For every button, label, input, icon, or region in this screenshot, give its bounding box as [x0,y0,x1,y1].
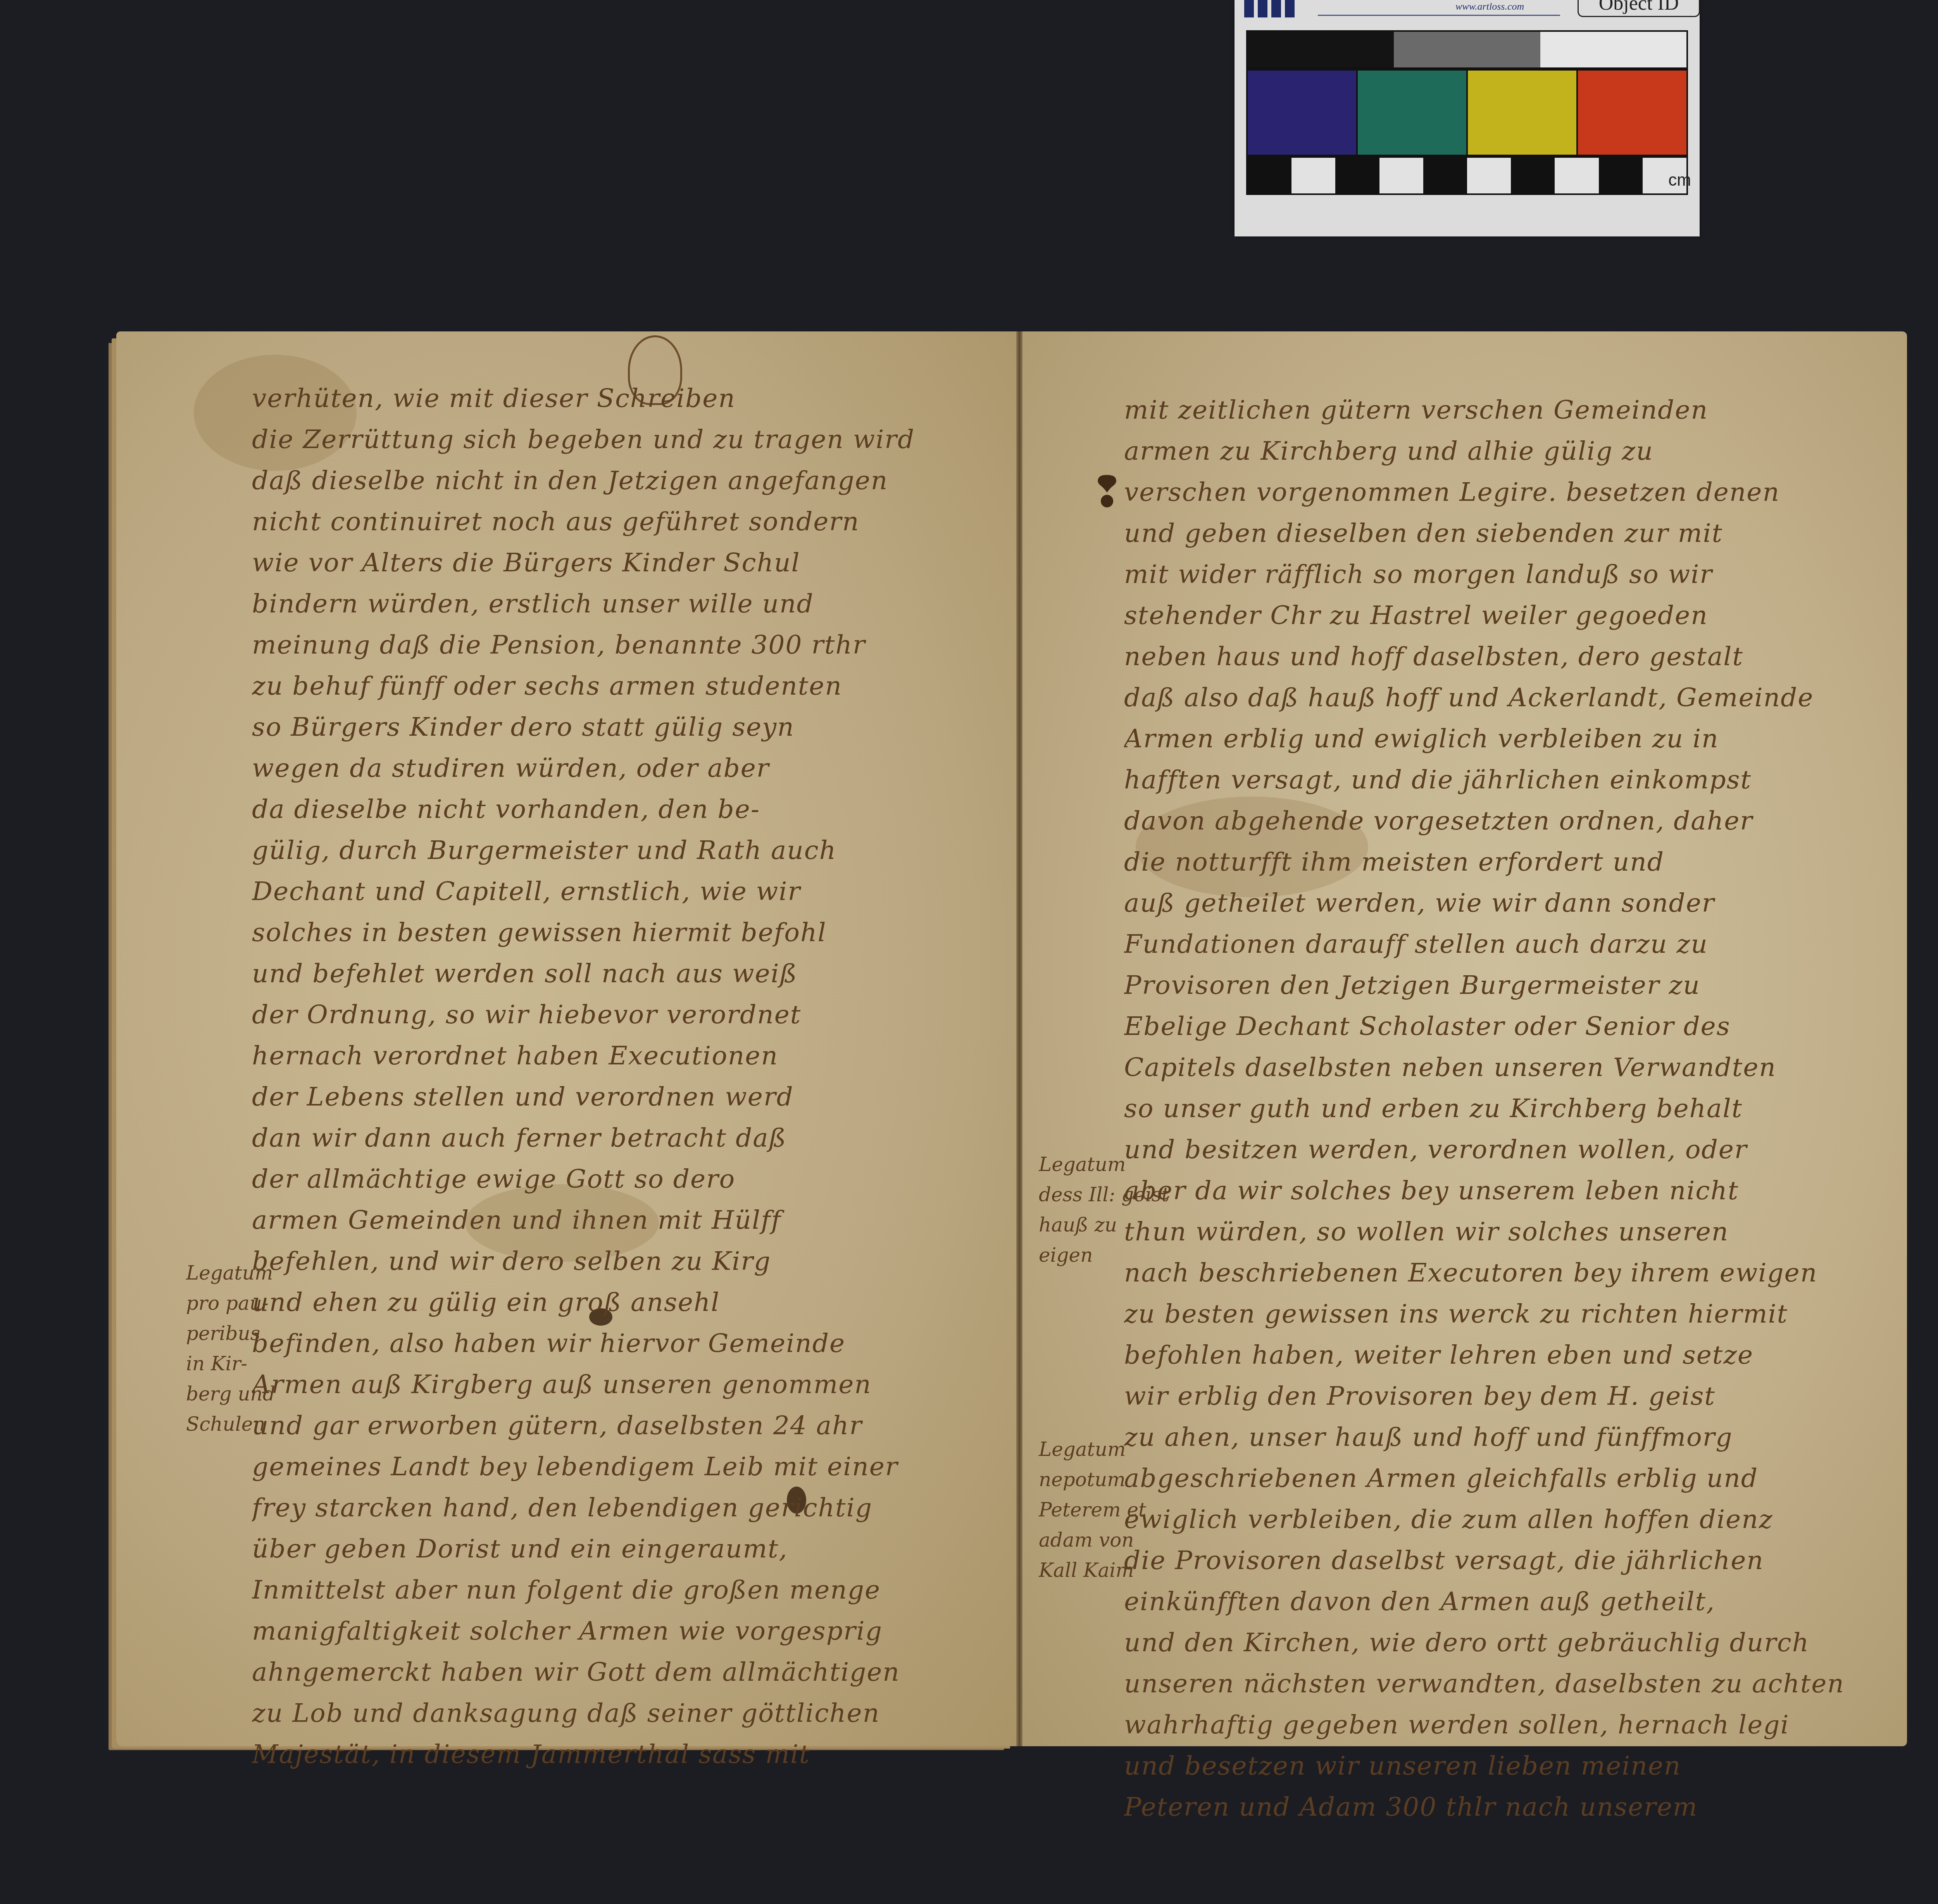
color-patch-yellow [1468,71,1576,155]
card-rule [1318,15,1560,16]
color-patch-red [1578,71,1686,155]
color-patch-green [1358,71,1466,155]
right-margin-note-lower: Legatum nepotum Peterem et adam von Kall… [1039,1434,1146,1585]
left-page-text: verhüten, wie mit dieser Schreiben die Z… [252,378,996,1775]
card-header: www.artloss.com Object ID [1235,0,1700,33]
right-page-text: mit zeitlichen gütern verschen Gemeinden… [1124,390,1880,1828]
card-url: www.artloss.com [1455,1,1524,12]
scale-unit-label: cm [1668,171,1691,190]
object-id-badge: Object ID [1578,0,1700,17]
artloss-logo-icon [1244,0,1295,17]
grayscale-patches [1246,30,1688,69]
color-calibration-card: www.artloss.com Object ID cm [1235,0,1700,236]
book-gutter [1016,331,1022,1746]
left-margin-note: Legatum pro pau- peribus in Kir- berg un… [186,1258,275,1439]
color-patch-blue [1248,71,1356,155]
color-patches [1246,69,1688,156]
gray-patch-black [1248,32,1394,67]
manuscript-spread: verhüten, wie mit dieser Schreiben die Z… [116,331,1907,1746]
pointer-mark-icon: ❢ [1089,467,1125,517]
cm-scale-bar [1246,156,1688,195]
gray-patch-mid [1394,32,1540,67]
right-margin-note-upper: Legatum dess Ill: geist hauß zu eigen [1039,1149,1169,1270]
gray-patch-white [1540,32,1686,67]
